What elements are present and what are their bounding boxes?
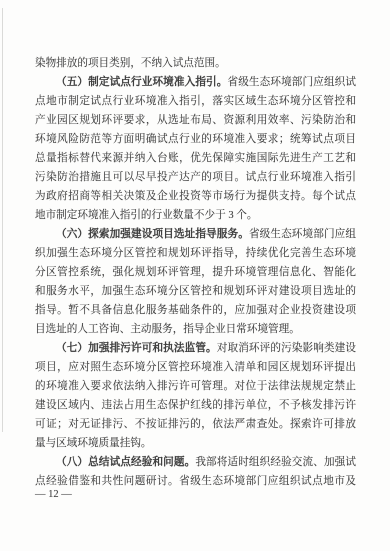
section-heading: （八）总结试点经验和问题。 [56, 457, 195, 468]
line-text: 的环境准入要求依法纳入排污许可管理。对位于法律法规规定禁止 [35, 381, 356, 392]
text-line: 项目，应对照生态环境分区管控环境准入清单和园区规划环评提出 [35, 358, 356, 377]
line-text: 点地市制定试点行业环境准入指引，落实区域生态环境分区管控和 [35, 96, 356, 107]
text-line: 环境风险防范等方面明确试点行业的环境准入要求；统筹试点项目 [35, 130, 356, 149]
line-text: 环境风险防范等方面明确试点行业的环境准入要求；统筹试点项目 [35, 134, 356, 145]
line-text: 污染防治措施且可以尽早投产达产的项目。试点行业环境准入指引 [35, 172, 356, 183]
line-text: 染物排放的项目类别，不纳入试点范围。 [35, 58, 226, 69]
text-line: 地市制定环境准入指引的行业数量不少于 3 个。 [35, 206, 356, 225]
text-line: （六）探索加强建设项目选址指导服务。省级生态环境部门应组 [35, 225, 356, 244]
text-line: 和服务水平，加强生态环境分区管控和规划环评对建设项目选址的 [35, 282, 356, 301]
line-text: 省级生态环境部门应组 [249, 229, 356, 240]
page-number: — 12 — [35, 487, 72, 503]
text-line: 总量指标替代来源并纳入台账，优先保障实施国际先进生产工艺和 [35, 149, 356, 168]
line-text: 分区管控系统，强化规划环评管理，提升环境管理信息化、智能化 [35, 267, 356, 278]
text-line: 量与区域环境质量挂钩。 [35, 434, 356, 453]
line-text: 量与区域环境质量挂钩。 [35, 438, 152, 449]
line-text: 项目，应对照生态环境分区管控环境准入清单和园区规划环评提出 [35, 362, 356, 373]
line-text: 对取消环评的污染影响类建设 [217, 343, 356, 354]
text-block: 染物排放的项目类别，不纳入试点范围。（五）制定试点行业环境准入指引。省级生态环境… [35, 54, 356, 491]
line-text: 我部将适时组织经验交流、加强试 [195, 457, 356, 468]
document-page: 染物排放的项目类别，不纳入试点范围。（五）制定试点行业环境准入指引。省级生态环境… [0, 0, 390, 551]
text-line: 指导。暂不具备信息化服务基础条件的，应加强对企业投资建设项 [35, 301, 356, 320]
text-line: 的环境准入要求依法纳入排污许可管理。对位于法律法规规定禁止 [35, 377, 356, 396]
line-text: 建设区域内、违法占用生态保护红线的排污单位，不予核发排污许 [35, 400, 356, 411]
line-text: 产业园区规划环评要求，从选址布局、资源利用效率、污染防治和 [35, 115, 356, 126]
text-line: （八）总结试点经验和问题。我部将适时组织经验交流、加强试 [35, 453, 356, 472]
line-text: 地市制定环境准入指引的行业数量不少于 3 个。 [35, 210, 257, 221]
line-text: 织加强生态环境分区管控和规划环评指导，持续优化完善生态环境 [35, 248, 356, 259]
section-heading: （七）加强排污许可和执法监管。 [56, 343, 217, 354]
line-text: 省级生态环境部门应组织试 [228, 77, 357, 88]
text-line: （七）加强排污许可和执法监管。对取消环评的污染影响类建设 [35, 339, 356, 358]
text-line: 织加强生态环境分区管控和规划环评指导，持续优化完善生态环境 [35, 244, 356, 263]
section-heading: （六）探索加强建设项目选址指导服务。 [56, 229, 249, 240]
text-line: 分区管控系统，强化规划环评管理，提升环境管理信息化、智能化 [35, 263, 356, 282]
scan-edge-artifact [2, 8, 3, 432]
text-line: 可证；对无证排污、不按证排污的，依法严肃查处。探索许可排放 [35, 415, 356, 434]
line-text: 总量指标替代来源并纳入台账，优先保障实施国际先进生产工艺和 [35, 153, 356, 164]
section-heading: （五）制定试点行业环境准入指引。 [56, 77, 228, 88]
line-text: 指导。暂不具备信息化服务基础条件的，应加强对企业投资建设项 [35, 305, 356, 316]
line-text: 目选址的人工咨询、主动服务，指导企业日常环境管理。 [35, 324, 300, 335]
text-line: 污染防治措施且可以尽早投产达产的项目。试点行业环境准入指引 [35, 168, 356, 187]
text-line: 建设区域内、违法占用生态保护红线的排污单位，不予核发排污许 [35, 396, 356, 415]
text-line: 为政府招商等相关决策及企业投资等市场行为提供支持。每个试点 [35, 187, 356, 206]
text-line: 目选址的人工咨询、主动服务，指导企业日常环境管理。 [35, 320, 356, 339]
text-line: 点经验借鉴和共性问题研讨。省级生态环境部门应组织试点地市及 [35, 472, 356, 491]
line-text: 为政府招商等相关决策及企业投资等市场行为提供支持。每个试点 [35, 191, 356, 202]
text-line: （五）制定试点行业环境准入指引。省级生态环境部门应组织试 [35, 73, 356, 92]
text-line: 点地市制定试点行业环境准入指引，落实区域生态环境分区管控和 [35, 92, 356, 111]
text-line: 产业园区规划环评要求，从选址布局、资源利用效率、污染防治和 [35, 111, 356, 130]
text-line: 染物排放的项目类别，不纳入试点范围。 [35, 54, 356, 73]
line-text: 可证；对无证排污、不按证排污的，依法严肃查处。探索许可排放 [35, 419, 356, 430]
line-text: 和服务水平，加强生态环境分区管控和规划环评对建设项目选址的 [35, 286, 356, 297]
line-text: 点经验借鉴和共性问题研讨。省级生态环境部门应组织试点地市及 [35, 476, 356, 487]
